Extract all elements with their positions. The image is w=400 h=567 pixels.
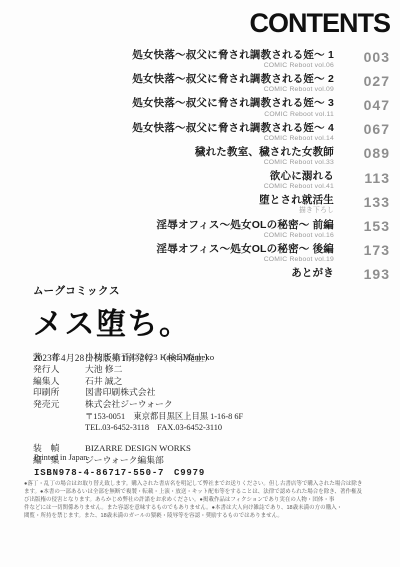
colophon-value: BIZARRE DESIGN WORKS	[85, 444, 373, 453]
toc-entry-text: 処女快落～叔父に脅され調教される姪～ 4 COMIC Reboot vol.14	[132, 122, 334, 143]
table-of-contents: 処女快落～叔父に脅され調教される姪～ 1 COMIC Reboot vol.06…	[45, 49, 390, 284]
toc-entry-source: COMIC Reboot vol.09	[132, 86, 334, 94]
toc-entry-source: COMIC Reboot vol.33	[195, 159, 334, 167]
toc-entry-page: 067	[334, 122, 390, 137]
toc-entry-title: 欲心に溺れる	[264, 170, 334, 182]
toc-entry-source: COMIC Reboot vol.06	[132, 62, 334, 70]
fine-print-line: 件などには一切関係ありません。また容認を意味するものでもありません。●本書は大人…	[24, 505, 390, 513]
toc-entry: 穢れた教室、穢された女教師 COMIC Reboot vol.33 089	[45, 146, 390, 167]
colophon-row-editor: 編集人 石井 誠之	[33, 377, 373, 386]
toc-entry: 処女快落～叔父に脅され調教される姪～ 3 COMIC Reboot vol.11…	[45, 97, 390, 118]
isbn-line: ISBN978-4-86717-550-7 C9979	[34, 465, 205, 478]
toc-entry-text: 堕とされ就活生 描き下ろし	[259, 194, 334, 215]
fine-print-line: ます。●本書の一部あるいは全部を無断で複製・転載・上演・放送・キット配布等をする…	[24, 489, 390, 497]
colophon-label: 編集人	[33, 377, 85, 386]
toc-entry-source: COMIC Reboot vol.16	[157, 232, 334, 240]
toc-entry-text: 淫辱オフィス～処女OLの秘密～ 後編 COMIC Reboot vol.19	[157, 243, 334, 264]
toc-entry: 欲心に溺れる COMIC Reboot vol.41 113	[45, 170, 390, 191]
toc-entry-text: あとがき	[291, 267, 334, 279]
toc-entry-source: 描き下ろし	[259, 207, 334, 215]
toc-entry: あとがき 193	[45, 267, 390, 282]
colophon-row-publisher: 発行人 大池 修二	[33, 365, 373, 374]
distributor-address: 〒153-0051 東京都目黒区上目黒 1-16-8 6F	[85, 412, 373, 421]
toc-entry-title: 処女快落～叔父に脅され調教される姪～ 3	[132, 97, 334, 109]
toc-entry: 淫辱オフィス～処女OLの秘密～ 後編 COMIC Reboot vol.19 1…	[45, 243, 390, 264]
toc-entry-text: 処女快落～叔父に脅され調教される姪～ 3 COMIC Reboot vol.11	[132, 97, 334, 118]
toc-entry-page: 113	[334, 170, 390, 185]
contents-heading: CONTENTS	[250, 8, 391, 39]
toc-entry-source: COMIC Reboot vol.11	[132, 111, 334, 119]
toc-entry-page: 003	[334, 49, 390, 64]
toc-entry-title: 淫辱オフィス～処女OLの秘密～ 後編	[157, 243, 334, 255]
toc-entry-page: 193	[334, 267, 390, 282]
fine-print-line: 閲覧・所持を禁じます。また、18歳未満のガールの猥褻・陵辱等を容認・奨励するもの…	[24, 513, 390, 521]
fine-print-line: ●落丁・乱丁の場合はお取り替え致します。購入された書店名を明記して弊社までお送り…	[24, 481, 390, 489]
colophon-row-printer: 印刷所 図書印刷株式会社	[33, 388, 373, 397]
colophon-label: 著 者	[33, 353, 85, 362]
colophon-value: 大池 修二	[85, 365, 373, 374]
toc-entry-page: 173	[334, 243, 390, 258]
toc-entry: 堕とされ就活生 描き下ろし 133	[45, 194, 390, 215]
colophon-contents-page: CONTENTS 処女快落～叔父に脅され調教される姪～ 1 COMIC Rebo…	[0, 0, 400, 567]
toc-entry: 処女快落～叔父に脅され調教される姪～ 4 COMIC Reboot vol.14…	[45, 122, 390, 143]
toc-entry-page: 027	[334, 73, 390, 88]
toc-entry-text: 穢れた教室、穢された女教師 COMIC Reboot vol.33	[195, 146, 334, 167]
colophon-row-design: 装 幀 BIZARRE DESIGN WORKS	[33, 444, 373, 453]
fine-print-line: び出版権の侵害となります。あらかじめ弊社の許諾をお求めください。●掲載作品はフィ…	[24, 497, 390, 505]
toc-entry-title: 処女快落～叔父に脅され調教される姪～ 4	[132, 122, 334, 134]
toc-entry: 処女快落～叔父に脅され調教される姪～ 1 COMIC Reboot vol.06…	[45, 49, 390, 70]
toc-entry-source: COMIC Reboot vol.19	[157, 256, 334, 264]
toc-entry: 処女快落～叔父に脅され調教される姪～ 2 COMIC Reboot vol.09…	[45, 73, 390, 94]
toc-entry-title: 堕とされ就活生	[259, 194, 334, 206]
toc-entry-title: あとがき	[291, 267, 334, 279]
toc-entry-page: 133	[334, 194, 390, 209]
toc-entry-page: 153	[334, 219, 390, 234]
toc-entry-title: 処女快落～叔父に脅され調教される姪～ 2	[132, 73, 334, 85]
toc-entry-source: COMIC Reboot vol.14	[132, 135, 334, 143]
colophon-row-distributor: 発売元 株式会社ジーウォーク	[33, 400, 373, 409]
toc-entry-title: 処女快落～叔父に脅され調教される姪～ 1	[132, 49, 334, 61]
toc-entry-title: 穢れた教室、穢された女教師	[195, 146, 334, 158]
toc-entry-page: 047	[334, 97, 390, 112]
legal-fine-print: ●落丁・乱丁の場合はお取り替え致します。購入された書店名を明記して弊社までお送り…	[24, 481, 390, 521]
colophon-label: 印刷所	[33, 388, 85, 397]
colophon-label: 発行人	[33, 365, 85, 374]
colophon: 著 者 小枝まめ子 © 2023 KoedaMameko 発行人 大池 修二 編…	[33, 353, 373, 468]
colophon-value: 株式会社ジーウォーク	[85, 400, 373, 409]
toc-entry-page: 089	[334, 146, 390, 161]
series-label: ムーグコミックス	[33, 283, 213, 298]
distributor-phone: TEL.03-6452-3118 FAX.03-6452-3110	[85, 423, 373, 432]
toc-entry-source: COMIC Reboot vol.41	[264, 183, 334, 191]
colophon-value: ジーウォーク編集部	[85, 456, 373, 465]
toc-entry: 淫辱オフィス～処女OLの秘密～ 前編 COMIC Reboot vol.16 1…	[45, 219, 390, 240]
book-title: メス堕ち。	[33, 299, 213, 343]
toc-entry-text: 処女快落～叔父に脅され調教される姪～ 2 COMIC Reboot vol.09	[132, 73, 334, 94]
colophon-value: 石井 誠之	[85, 377, 373, 386]
colophon-label: 装 幀	[33, 444, 85, 453]
toc-entry-text: 欲心に溺れる COMIC Reboot vol.41	[264, 170, 334, 191]
colophon-label: 発売元	[33, 400, 85, 409]
colophon-value: 小枝まめ子 © 2023 KoedaMameko	[85, 353, 373, 362]
colophon-row-author: 著 者 小枝まめ子 © 2023 KoedaMameko	[33, 353, 373, 362]
colophon-value: 図書印刷株式会社	[85, 388, 373, 397]
toc-entry-title: 淫辱オフィス～処女OLの秘密～ 前編	[157, 219, 334, 231]
printed-in-japan: Printed in Japan	[34, 453, 87, 462]
toc-entry-text: 処女快落～叔父に脅され調教される姪～ 1 COMIC Reboot vol.06	[132, 49, 334, 70]
toc-entry-text: 淫辱オフィス～処女OLの秘密～ 前編 COMIC Reboot vol.16	[157, 219, 334, 240]
